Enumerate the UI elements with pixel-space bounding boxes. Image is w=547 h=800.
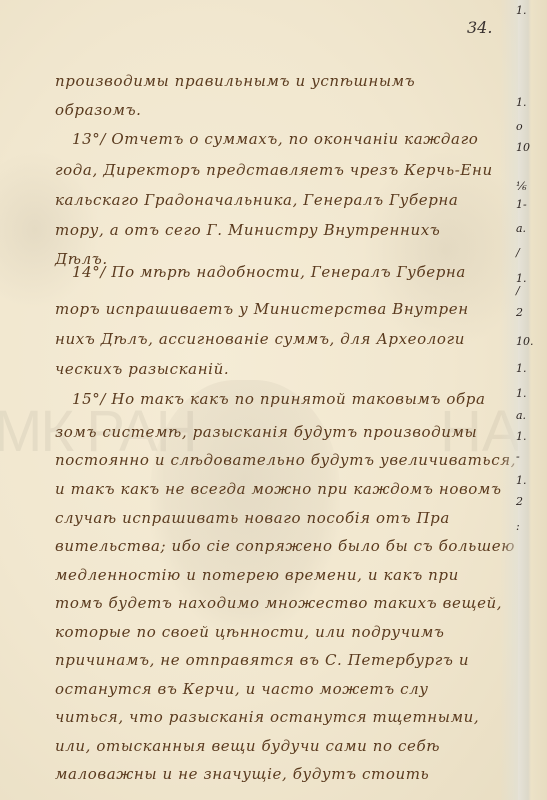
manuscript-line: кальскаго Градоначальника, Генералъ Губе… bbox=[55, 191, 505, 209]
margin-annotation: / bbox=[516, 246, 540, 259]
manuscript-line: 15°/ Но такъ какъ по принятой таковымъ о… bbox=[72, 390, 522, 408]
margin-annotation: 2 bbox=[516, 306, 540, 319]
margin-annotation: а. bbox=[516, 409, 540, 422]
margin-annotation: 1. bbox=[516, 474, 540, 487]
manuscript-line: 14°/ По мѣрѣ надобности, Генералъ Губерн… bbox=[72, 263, 522, 281]
manuscript-line: тору, а отъ сего Г. Министру Внутреннихъ bbox=[55, 221, 505, 239]
manuscript-line: или, отысканныя вещи будучи сами по себѣ bbox=[55, 737, 505, 755]
page-number: 34. bbox=[467, 18, 492, 37]
manuscript-line: случаѣ испрашивать новаго пособія отъ Пр… bbox=[55, 509, 505, 527]
manuscript-line: торъ испрашиваетъ у Министерства Внутрен bbox=[55, 300, 505, 318]
manuscript-line: останутся въ Керчи, и часто можетъ слу bbox=[55, 680, 505, 698]
margin-annotation: 2 bbox=[516, 495, 540, 508]
margin-annotation: 1- bbox=[516, 198, 540, 211]
manuscript-line: года, Директоръ представляетъ чрезъ Керч… bbox=[55, 161, 505, 179]
margin-annotation: ⅙ bbox=[516, 180, 540, 193]
manuscript-line: маловажны и не значущіе, будутъ стоить bbox=[55, 765, 505, 783]
manuscript-line: вительства; ибо сіе сопряжено было бы съ… bbox=[55, 537, 505, 555]
watermark-emblem bbox=[150, 380, 340, 630]
margin-annotation: 1. bbox=[516, 362, 540, 375]
margin-annotation: а. bbox=[516, 222, 540, 235]
manuscript-line: причинамъ, не отправятся въ С. Петербург… bbox=[55, 651, 505, 669]
manuscript-line: производимы правильнымъ и успѣшнымъ bbox=[55, 72, 505, 90]
manuscript-line: медленностію и потерею времени, и какъ п… bbox=[55, 566, 505, 584]
margin-annotation: о bbox=[516, 120, 540, 133]
margin-annotation: 10. bbox=[516, 335, 540, 348]
manuscript-line: которые по своей цѣнности, или подручимъ bbox=[55, 623, 505, 641]
manuscript-line: ческихъ разысканій. bbox=[55, 360, 505, 378]
manuscript-line: 13°/ Отчетъ о суммахъ, по окончаніи кажд… bbox=[72, 130, 522, 148]
manuscript-page: МК РАН НА ИИ 34. производимы правильнымъ… bbox=[0, 0, 518, 800]
margin-annotation: 10 bbox=[516, 141, 540, 154]
margin-annotation: / bbox=[516, 284, 540, 297]
manuscript-line: томъ будетъ находимо множество такихъ ве… bbox=[55, 594, 505, 612]
manuscript-line: постоянно и слѣдовательно будутъ увеличи… bbox=[55, 451, 505, 469]
margin-annotation: - bbox=[516, 450, 540, 463]
margin-annotation: 1. bbox=[516, 387, 540, 400]
margin-annotation: : bbox=[516, 520, 540, 533]
manuscript-line: нихъ Дѣлъ, ассигнованіе суммъ, для Архео… bbox=[55, 330, 505, 348]
margin-annotation: 1. bbox=[516, 430, 540, 443]
margin-annotation: 1. bbox=[516, 4, 540, 17]
manuscript-line: и такъ какъ не всегда можно при каждомъ … bbox=[55, 480, 505, 498]
manuscript-line: образомъ. bbox=[55, 101, 505, 119]
manuscript-line: читься, что разысканія останутся тщетным… bbox=[55, 708, 505, 726]
manuscript-line: зомъ системѣ, разысканія будутъ производ… bbox=[55, 423, 505, 441]
margin-annotation: 1. bbox=[516, 96, 540, 109]
